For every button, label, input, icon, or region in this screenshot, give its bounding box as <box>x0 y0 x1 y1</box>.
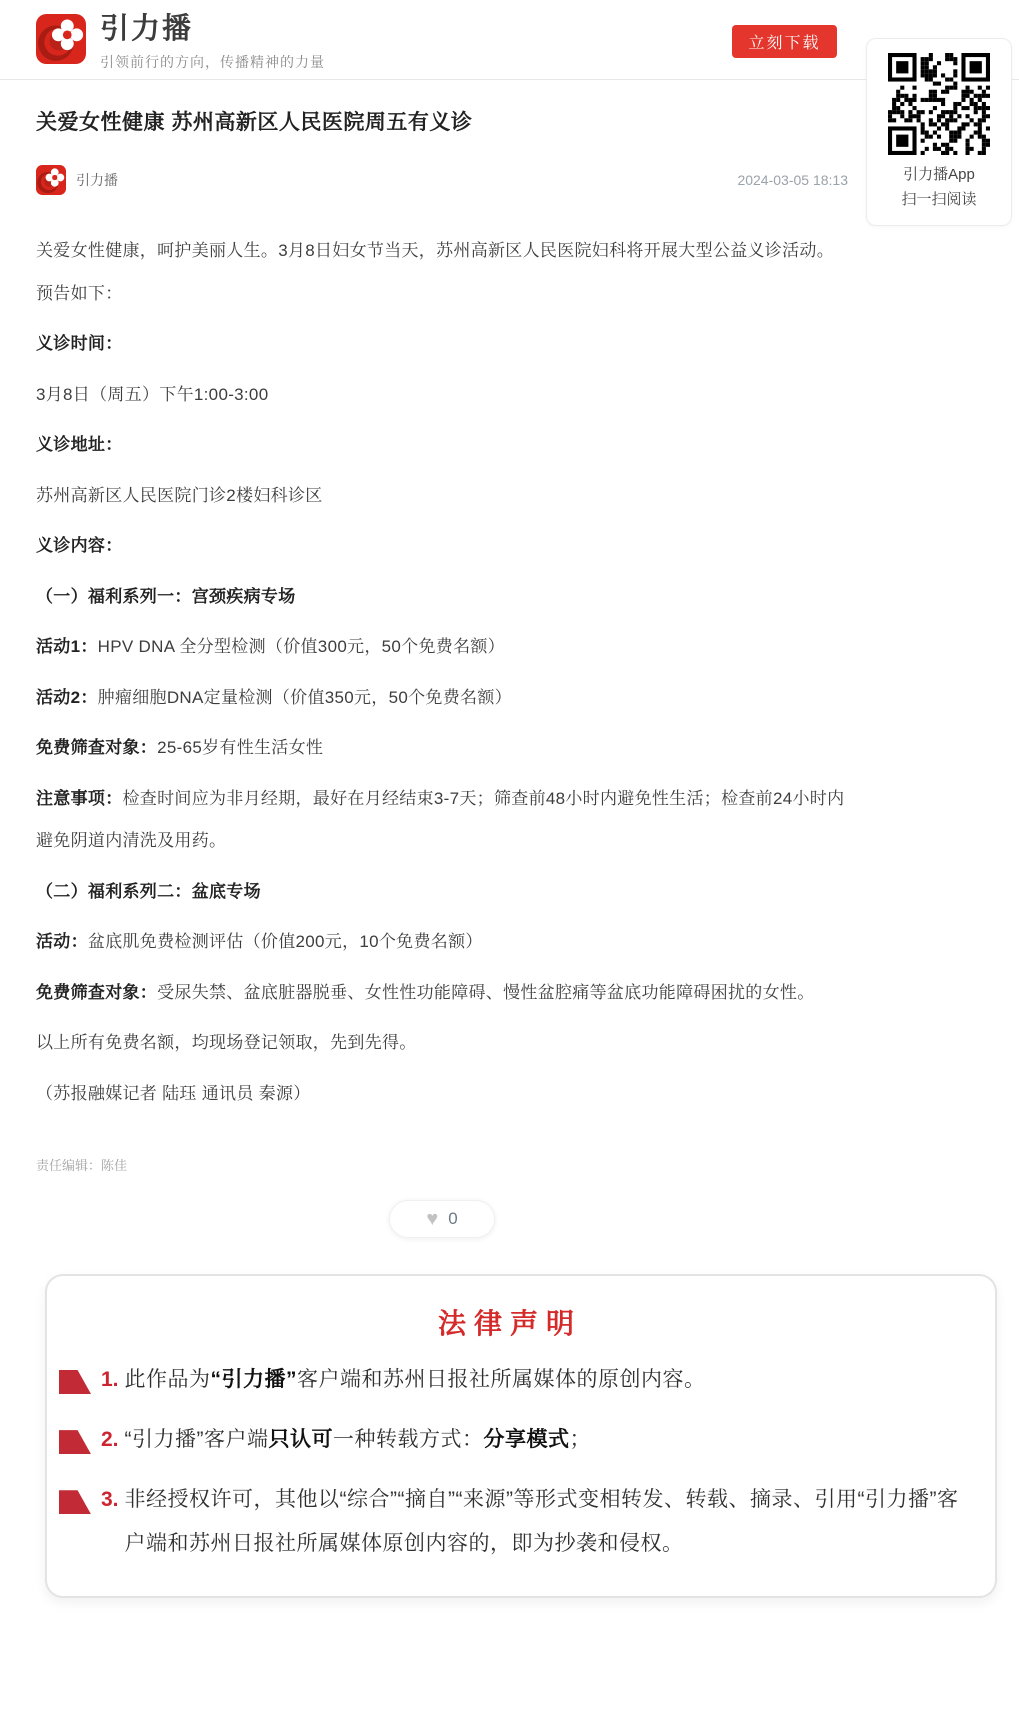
byline-source: 引力播 <box>76 170 118 190</box>
article-paragraph: 义诊内容： <box>36 525 848 568</box>
legal-item-number: 3. <box>101 1478 119 1522</box>
byline-logo-icon <box>36 165 66 195</box>
qr-card: 引力播App 扫一扫阅读 <box>866 38 1012 226</box>
article-paragraph: 关爱女性健康，呵护美丽人生。3月8日妇女节当天，苏州高新区人民医院妇科将开展大型… <box>36 230 848 315</box>
article-paragraph: 活动：盆底肌免费检测评估（价值200元，10个免费名额） <box>36 921 848 964</box>
article-paragraph: 3月8日（周五）下午1:00-3:00 <box>36 374 848 417</box>
qr-code <box>888 53 990 155</box>
download-button[interactable]: 立刻下载 <box>732 25 837 58</box>
legal-item: 2.“引力播”客户端只认可一种转载方式：分享模式； <box>59 1418 961 1462</box>
legal-item: 3.非经授权许可，其他以“综合”“摘自”“来源”等形式变相转发、转载、摘录、引用… <box>59 1478 961 1566</box>
like-row: ♥ 0 <box>36 1200 848 1238</box>
byline: 引力播 2024-03-05 18:13 <box>36 164 848 196</box>
brand-name: 引力播 <box>100 12 325 47</box>
article-body: 关爱女性健康，呵护美丽人生。3月8日妇女节当天，苏州高新区人民医院妇科将开展大型… <box>36 196 848 1115</box>
qr-caption-line2: 扫一扫阅读 <box>877 188 1001 213</box>
flag-bullet-icon <box>59 1490 91 1514</box>
article-paragraph: 活动2：肿瘤细胞DNA定量检测（价值350元，50个免费名额） <box>36 677 848 720</box>
legal-item-text: “引力播”客户端只认可一种转载方式：分享模式； <box>125 1418 592 1462</box>
article-title: 关爱女性健康 苏州高新区人民医院周五有义诊 <box>36 106 848 136</box>
flag-bullet-icon <box>59 1430 91 1454</box>
yinlibo-logo-icon[interactable] <box>36 14 86 64</box>
legal-item-text: 非经授权许可，其他以“综合”“摘自”“来源”等形式变相转发、转载、摘录、引用“引… <box>125 1478 961 1566</box>
like-count: 0 <box>448 1209 457 1229</box>
legal-item-text: 此作品为“引力播”客户端和苏州日报社所属媒体的原创内容。 <box>125 1358 706 1402</box>
legal-notice: 法律声明 1.此作品为“引力播”客户端和苏州日报社所属媒体的原创内容。2.“引力… <box>45 1274 997 1598</box>
legal-item: 1.此作品为“引力播”客户端和苏州日报社所属媒体的原创内容。 <box>59 1358 961 1402</box>
brand-tagline: 引领前行的方向，传播精神的力量 <box>100 52 325 72</box>
flag-bullet-icon <box>59 1370 91 1394</box>
brand-text: 引力播 引领前行的方向，传播精神的力量 <box>100 12 325 72</box>
article-paragraph: 注意事项：检查时间应为非月经期，最好在月经结束3-7天；筛查前48小时内避免性生… <box>36 778 848 863</box>
article-paragraph: 免费筛查对象：受尿失禁、盆底脏器脱垂、女性性功能障碍、慢性盆腔痛等盆底功能障碍困… <box>36 972 848 1015</box>
legal-items: 1.此作品为“引力播”客户端和苏州日报社所属媒体的原创内容。2.“引力播”客户端… <box>59 1358 961 1566</box>
qr-caption-line1: 引力播App <box>877 163 1001 188</box>
editor-note: 责任编辑：陈佳 <box>36 1155 848 1174</box>
like-button[interactable]: ♥ 0 <box>389 1200 495 1238</box>
page: 引力播 引领前行的方向，传播精神的力量 立刻下载 引力播App 扫一扫阅读 关爱… <box>0 0 1019 1734</box>
legal-notice-title: 法律声明 <box>59 1302 961 1342</box>
article-paragraph: 免费筛查对象：25-65岁有性生活女性 <box>36 727 848 770</box>
publish-date: 2024-03-05 18:13 <box>737 172 848 188</box>
article-paragraph: 义诊地址： <box>36 424 848 467</box>
article-paragraph: 义诊时间： <box>36 323 848 366</box>
article-paragraph: （苏报融媒记者 陆珏 通讯员 秦源） <box>36 1073 848 1116</box>
legal-item-number: 2. <box>101 1418 119 1462</box>
article-paragraph: 以上所有免费名额，均现场登记领取，先到先得。 <box>36 1022 848 1065</box>
article-paragraph: 活动1：HPV DNA 全分型检测（价值300元，50个免费名额） <box>36 626 848 669</box>
heart-icon: ♥ <box>426 1209 438 1229</box>
legal-item-number: 1. <box>101 1358 119 1402</box>
article-paragraph: （二）福利系列二：盆底专场 <box>36 871 848 914</box>
article-paragraph: （一）福利系列一：宫颈疾病专场 <box>36 576 848 619</box>
article-paragraph: 苏州高新区人民医院门诊2楼妇科诊区 <box>36 475 848 518</box>
article: 关爱女性健康 苏州高新区人民医院周五有义诊 引力播 2024-03-05 18:… <box>0 106 1019 1238</box>
